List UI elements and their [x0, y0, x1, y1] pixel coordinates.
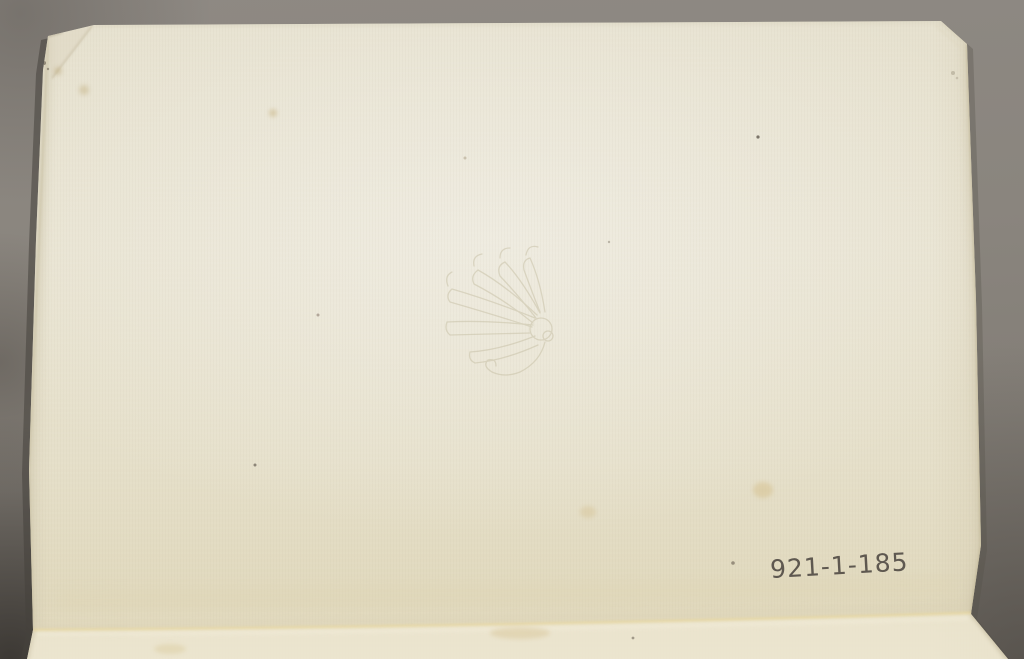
- faint-sketch-showthrough: [446, 246, 553, 375]
- accession-number-inscription: 921-1-185: [769, 547, 909, 584]
- fold-crease: [27, 609, 1008, 659]
- paper-sheet: 921-1-185: [0, 0, 1024, 659]
- edge-shading: [29, 21, 981, 630]
- photo-stage: 921-1-185: [0, 0, 1024, 659]
